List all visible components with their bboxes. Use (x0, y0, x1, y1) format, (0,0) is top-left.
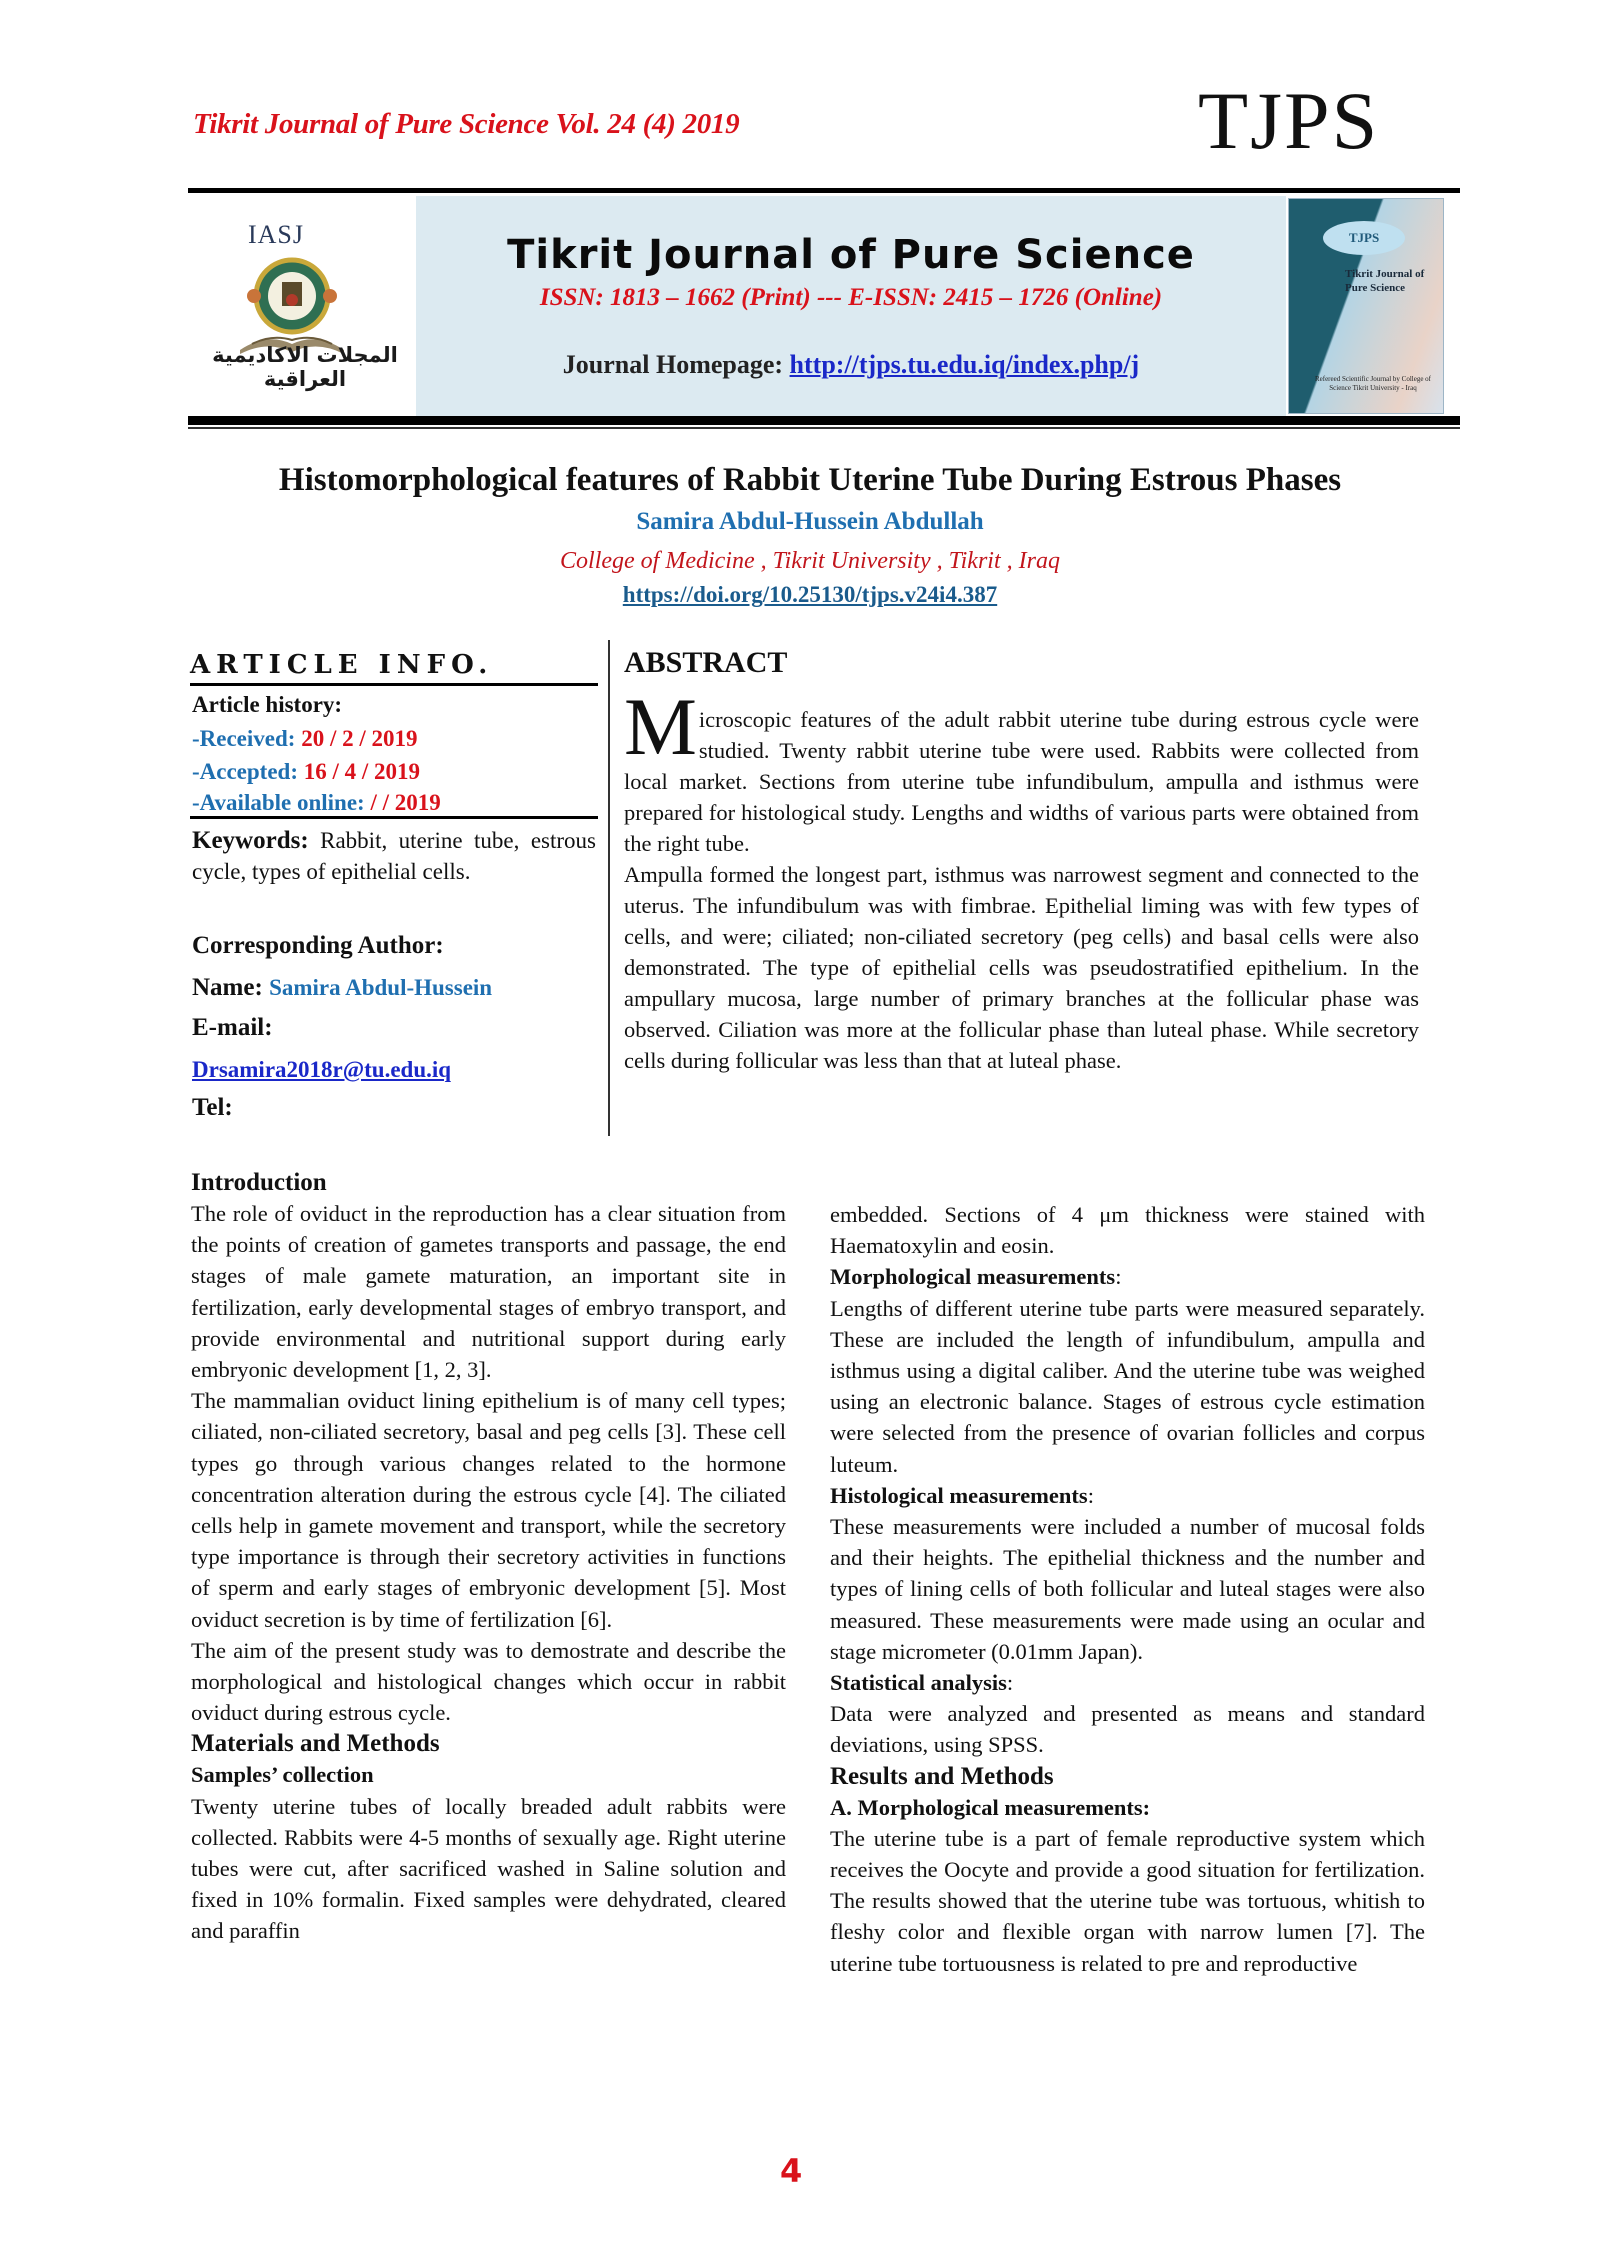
doi-link[interactable]: https://doi.org/10.25130/tjps.v24i4.387 (623, 582, 997, 607)
accepted-date: 16 / 4 / 2019 (304, 759, 420, 784)
materials-methods-heading: Materials and Methods (191, 1728, 786, 1759)
received-date: 20 / 2 / 2019 (301, 726, 417, 751)
article-info-rule (190, 683, 598, 686)
cover-title: Tikrit Journal of Pure Science (1345, 267, 1441, 295)
brand-mark: TJPS (1198, 80, 1379, 162)
homepage-label: Journal Homepage: (563, 350, 783, 379)
morphological-measurements-heading: Morphological measurements: (830, 1261, 1425, 1292)
available-online-row: -Available online: / / 2019 (192, 790, 441, 816)
keywords: Keywords: Rabbit, uterine tube, estrous … (192, 825, 596, 887)
abstract-body: M icroscopic features of the adult rabbi… (624, 688, 1419, 1076)
banner-bottom-thin-rule (188, 427, 1460, 429)
corresponding-author-label: Corresponding Author: (192, 932, 444, 960)
iasj-arabic-name: المجلات الاكاديمية العراقية (192, 343, 418, 391)
iasj-logo-text: IASJ (248, 220, 304, 250)
introduction-heading: Introduction (191, 1167, 786, 1198)
received-row: -Received: 20 / 2 / 2019 (192, 726, 417, 752)
issn-line: ISSN: 1813 – 1662 (Print) --- E-ISSN: 24… (416, 284, 1286, 312)
introduction-paragraph-3: The aim of the present study was to demo… (191, 1635, 786, 1729)
statistical-analysis-heading: Statistical analysis: (830, 1667, 1425, 1698)
accepted-label: -Accepted: (192, 759, 298, 784)
received-label: -Received: (192, 726, 295, 751)
abstract-heading: ABSTRACT (624, 646, 787, 680)
results-subheading: A. Morphological measurements: (830, 1792, 1425, 1823)
article-info-rule-2 (190, 816, 598, 819)
statistical-heading-text: Statistical analysis (830, 1670, 1007, 1695)
journal-cover-thumbnail: TJPS Tikrit Journal of Pure Science Refe… (1288, 198, 1444, 414)
colon: : (1115, 1264, 1121, 1289)
available-online-label: -Available online: (192, 790, 365, 815)
abstract-paragraph-1: icroscopic features of the adult rabbit … (624, 688, 1419, 859)
statistical-paragraph: Data were analyzed and presented as mean… (830, 1698, 1425, 1760)
colon: : (1088, 1483, 1094, 1508)
available-online-date: / / 2019 (370, 790, 440, 815)
author-affiliation: College of Medicine , Tikrit University … (180, 548, 1440, 575)
homepage-link[interactable]: http://tjps.tu.edu.iq/index.php/j (790, 350, 1140, 379)
page-number: 4 (780, 2152, 802, 2190)
keywords-label: Keywords: (192, 827, 309, 854)
staining-paragraph: embedded. Sections of 4 μm thickness wer… (830, 1199, 1425, 1261)
cover-footer: Refereed Scientific Journal by College o… (1309, 375, 1437, 393)
histological-heading-text: Histological measurements (830, 1483, 1088, 1508)
samples-collection-heading: Samples’ collection (191, 1759, 786, 1790)
email-label: E-mail: (192, 1014, 273, 1042)
body-column-left: Introduction The role of oviduct in the … (191, 1167, 786, 1947)
histological-paragraph: These measurements were included a numbe… (830, 1511, 1425, 1667)
results-heading: Results and Methods (830, 1761, 1425, 1792)
name-value: Samira Abdul-Hussein (269, 975, 492, 1000)
journal-title: Tikrit Journal of Pure Science (416, 232, 1286, 278)
email-row: Drsamira2018r@tu.edu.iq (192, 1056, 451, 1084)
column-divider (608, 640, 610, 1136)
corresponding-name-row: Name: Samira Abdul-Hussein (192, 974, 492, 1002)
banner-bottom-rule (188, 416, 1460, 425)
journal-homepage: Journal Homepage: http://tjps.tu.edu.iq/… (416, 350, 1286, 380)
doi: https://doi.org/10.25130/tjps.v24i4.387 (180, 582, 1440, 608)
tel-label: Tel: (192, 1094, 233, 1122)
article-history-label: Article history: (192, 692, 342, 718)
samples-collection-paragraph: Twenty uterine tubes of locally breaded … (191, 1791, 786, 1947)
header-rule (188, 188, 1460, 193)
running-header: Tikrit Journal of Pure Science Vol. 24 (… (193, 108, 739, 141)
abstract-paragraph-2: Ampulla formed the longest part, isthmus… (624, 859, 1419, 1076)
author-name: Samira Abdul-Hussein Abdullah (180, 508, 1440, 536)
morphological-paragraph: Lengths of different uterine tube parts … (830, 1293, 1425, 1480)
introduction-paragraph-2: The mammalian oviduct lining epithelium … (191, 1385, 786, 1635)
cover-oval-badge: TJPS (1323, 221, 1405, 255)
name-label: Name: (192, 974, 263, 1001)
colon: : (1007, 1670, 1013, 1695)
article-info-heading: ARTICLE INFO. (190, 650, 493, 680)
accepted-row: -Accepted: 16 / 4 / 2019 (192, 759, 420, 785)
abstract-dropcap: M (624, 696, 697, 758)
email-link[interactable]: Drsamira2018r@tu.edu.iq (192, 1057, 451, 1082)
body-column-right: embedded. Sections of 4 μm thickness wer… (830, 1199, 1425, 1979)
morphological-heading-text: Morphological measurements (830, 1264, 1115, 1289)
paper-title: Histomorphological features of Rabbit Ut… (180, 462, 1440, 499)
histological-measurements-heading: Histological measurements: (830, 1480, 1425, 1511)
introduction-paragraph-1: The role of oviduct in the reproduction … (191, 1198, 786, 1385)
results-paragraph: The uterine tube is a part of female rep… (830, 1823, 1425, 1979)
